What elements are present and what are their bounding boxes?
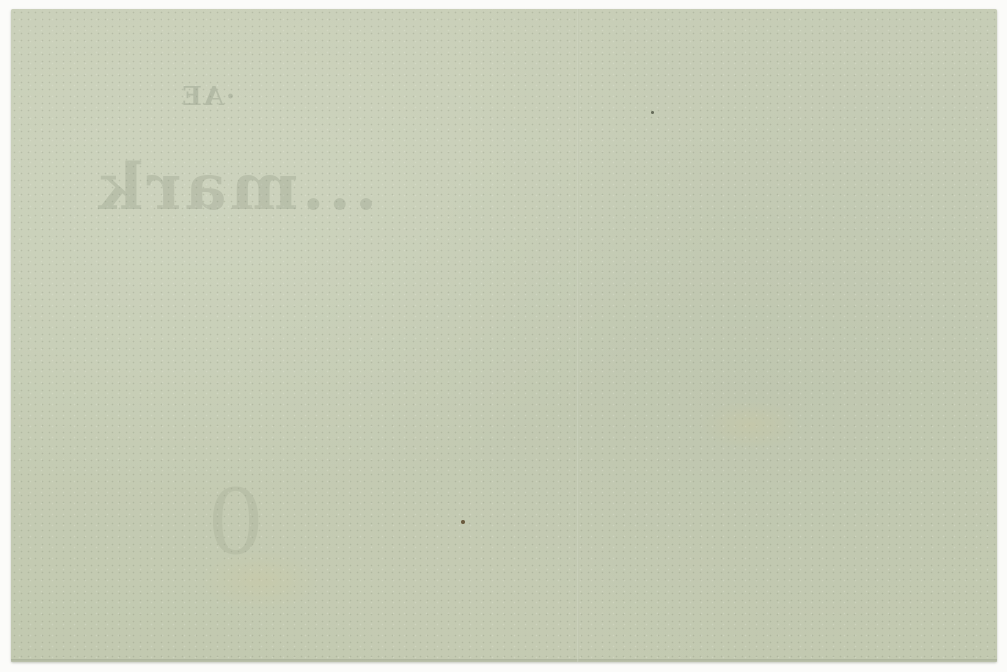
showthrough-denomination: ...mark [95,150,377,225]
paper-bottom-edge [11,659,997,662]
ink-speck [651,111,654,114]
ink-speck [461,520,465,524]
showthrough-serial: ·AE [180,82,235,112]
paper-stain [200,550,320,610]
banknote-reverse [11,9,997,662]
scan-background: ·AE ...mark 0 [0,0,1007,672]
fold-crease [577,9,579,662]
paper-stain [700,400,800,450]
